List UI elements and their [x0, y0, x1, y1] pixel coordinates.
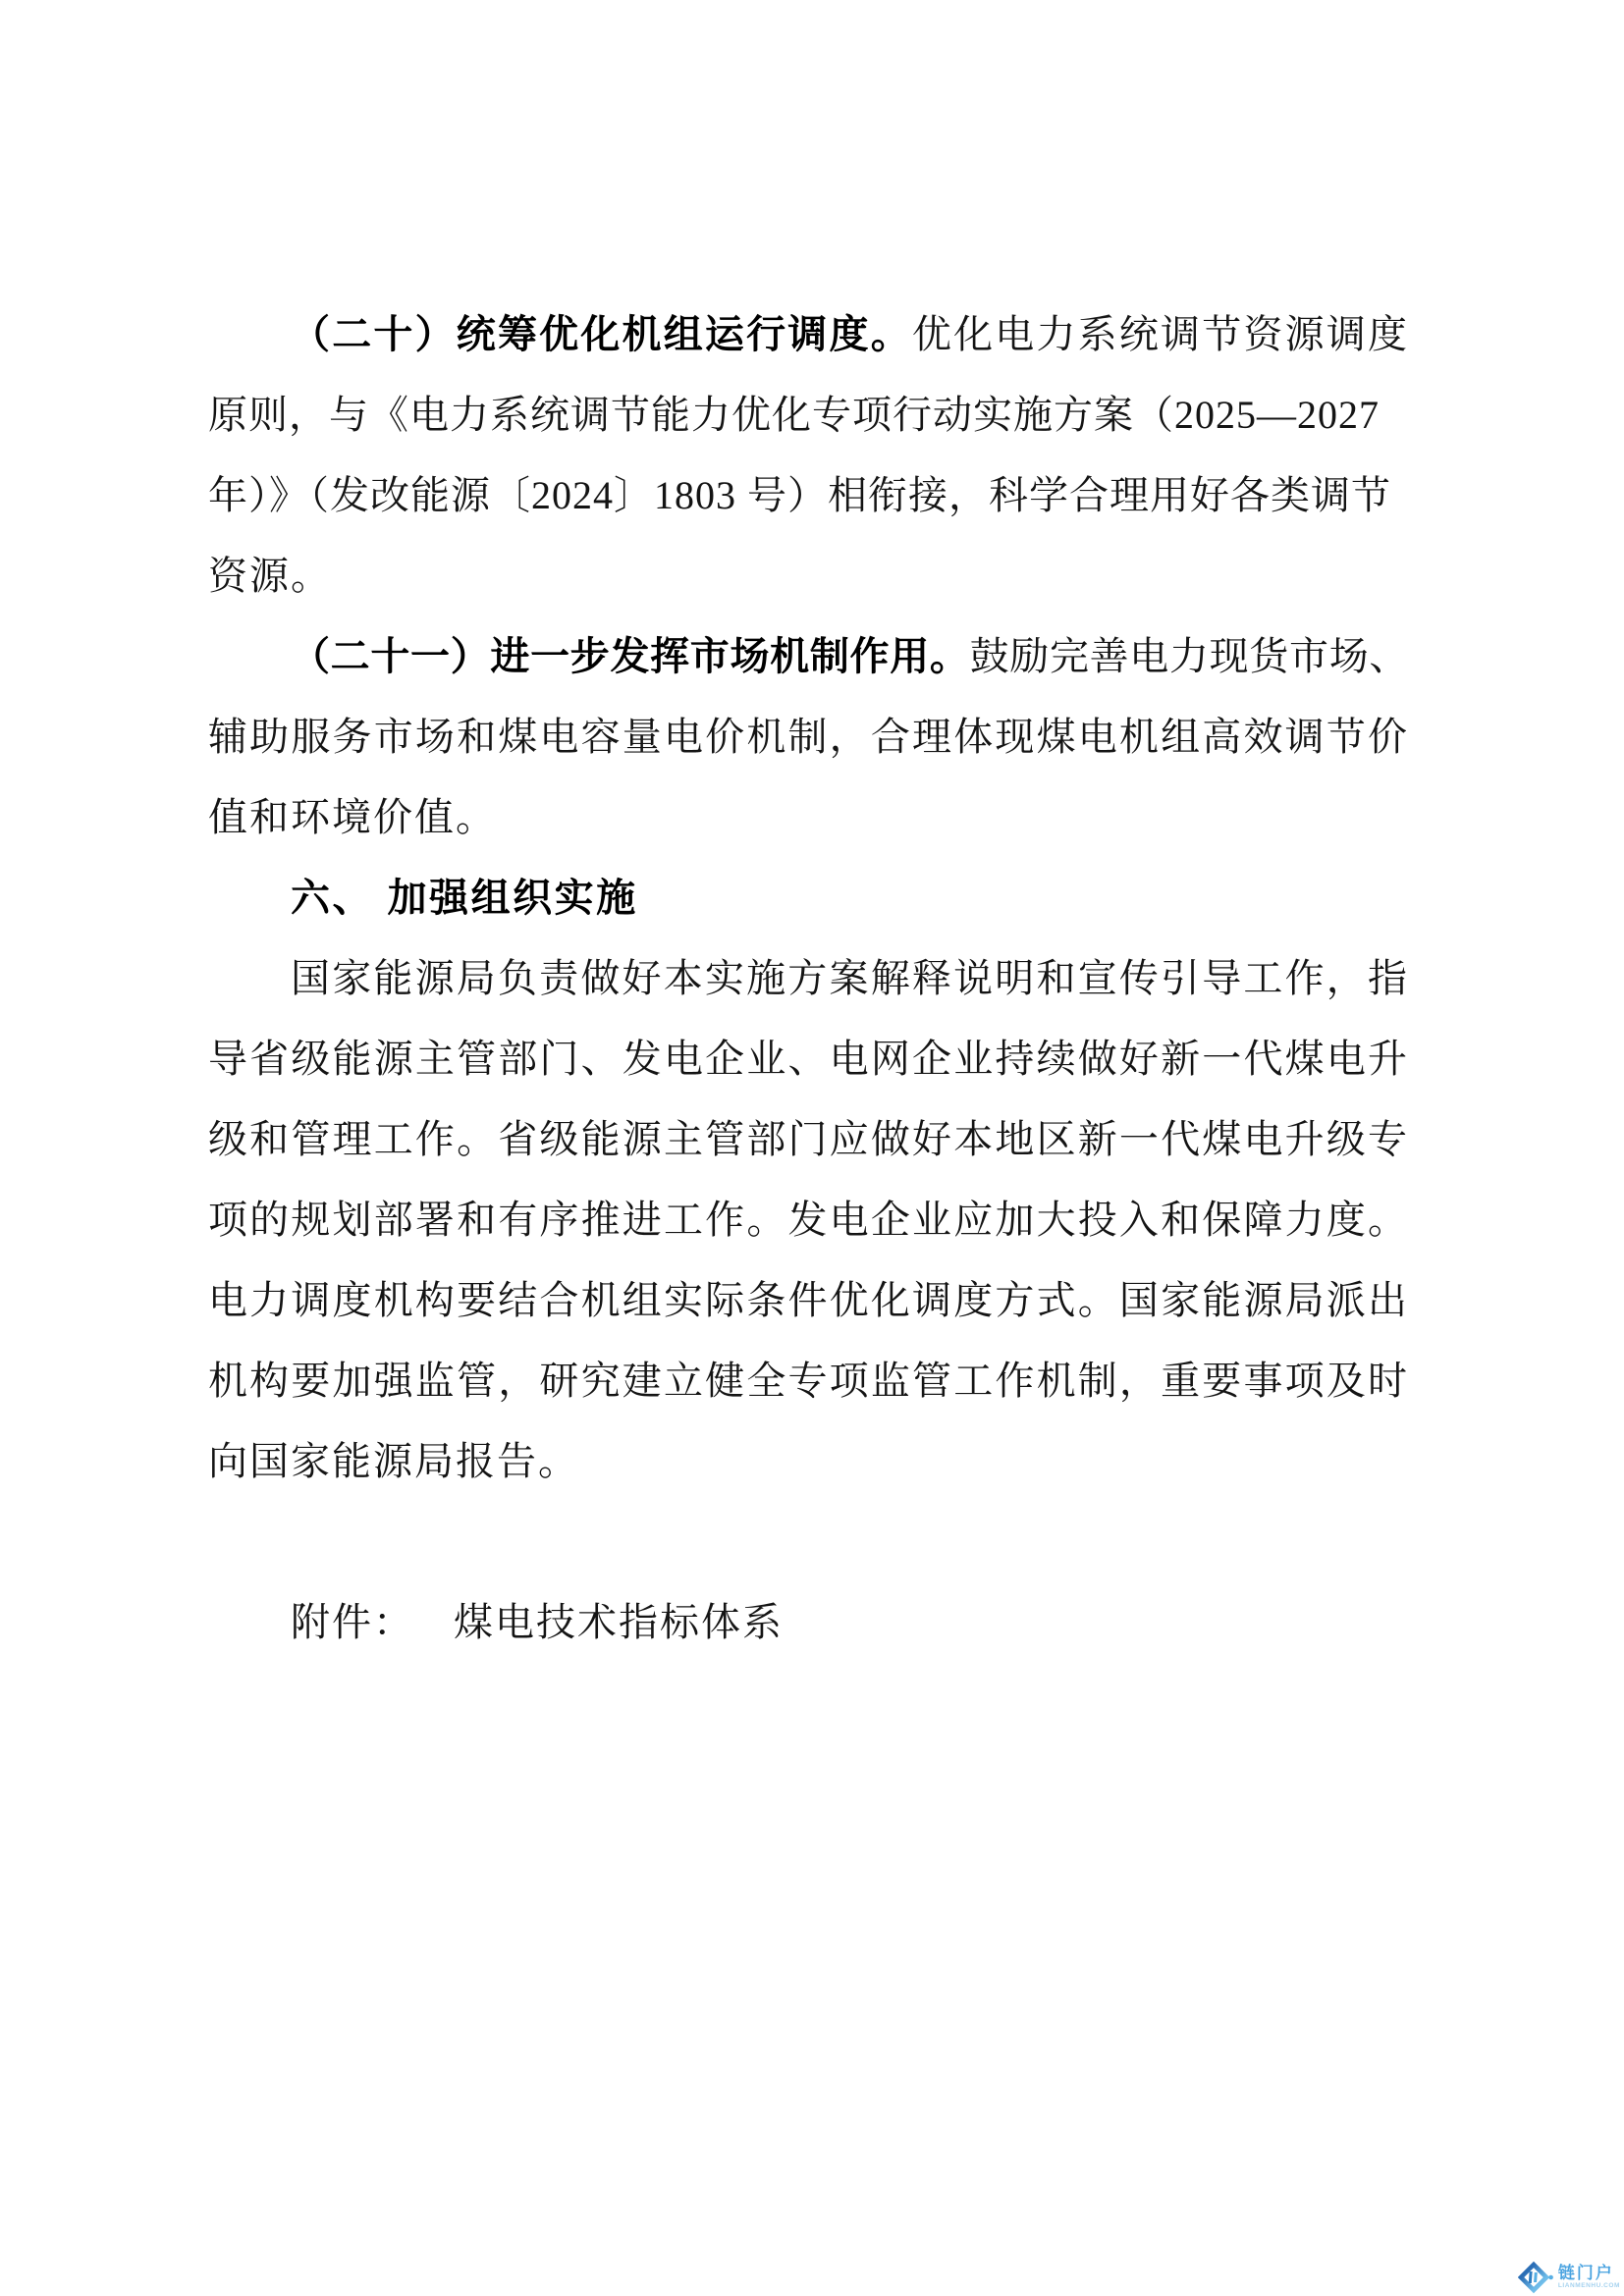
- section-heading-text: 六、 加强组织实施: [291, 877, 638, 920]
- text-line: 年）》（发改能源〔2024〕1803 号）相衔接，科学合理用好各类调节: [208, 455, 1409, 536]
- lianmenhu-watermark-text: 链门户 LIANMENHU.COM: [1558, 2265, 1620, 2290]
- text-line: 国家能源局负责做好本实施方案解释说明和宣传引导工作，指: [208, 938, 1409, 1019]
- attachment-label: 附件：: [291, 1600, 414, 1644]
- paragraph-text: 值和环境价值。: [208, 795, 497, 839]
- text-line: 机构要加强监管，研究建立健全专项监管工作机制，重要事项及时: [208, 1341, 1409, 1421]
- text-line: 辅助服务市场和煤电容量电价机制，合理体现煤电机组高效调节价: [208, 697, 1409, 777]
- blank-line: [208, 1502, 1409, 1582]
- section-heading: 六、 加强组织实施: [208, 858, 1409, 938]
- paragraph-text: 导省级能源主管部门、发电企业、电网企业持续做好新一代煤电升: [208, 1037, 1409, 1081]
- paragraph-text: 国家能源局负责做好本实施方案解释说明和宣传引导工作，指: [291, 956, 1409, 1000]
- text-line: 项的规划部署和有序推进工作。发电企业应加大投入和保障力度。: [208, 1180, 1409, 1260]
- paragraph-text: 向国家能源局报告。: [208, 1439, 579, 1483]
- document-page: （二十）统筹优化机组运行调度。优化电力系统调节资源调度 原则，与《电力系统调节能…: [0, 0, 1624, 2296]
- paragraph-text: 原则，与《电力系统调节能力优化专项行动实施方案（2025—2027: [208, 393, 1380, 437]
- paragraph-lead: （二十）统筹优化机组运行调度。: [291, 312, 912, 356]
- lianmenhu-logo-icon: [1518, 2261, 1554, 2294]
- text-line: 向国家能源局报告。: [208, 1421, 1409, 1502]
- text-line: （二十）统筹优化机组运行调度。优化电力系统调节资源调度: [208, 294, 1409, 375]
- attachment-title: 煤电技术指标体系: [454, 1600, 784, 1644]
- watermark-site: LIANMENHU.COM: [1558, 2283, 1620, 2290]
- paragraph-text: 资源。: [208, 554, 332, 598]
- paragraph-text: 年）》（发改能源〔2024〕1803 号）相衔接，科学合理用好各类调节: [208, 473, 1391, 517]
- paragraph-text: 优化电力系统调节资源调度: [912, 312, 1409, 356]
- attachment-line: 附件：煤电技术指标体系: [208, 1582, 1409, 1663]
- paragraph-text: 机构要加强监管，研究建立健全专项监管工作机制，重要事项及时: [208, 1359, 1409, 1403]
- text-line: 电力调度机构要结合机组实际条件优化调度方式。国家能源局派出: [208, 1260, 1409, 1341]
- text-line: 原则，与《电力系统调节能力优化专项行动实施方案（2025—2027: [208, 375, 1409, 455]
- paragraph-text: 级和管理工作。省级能源主管部门应做好本地区新一代煤电升级专: [208, 1117, 1409, 1161]
- text-line: 值和环境价值。: [208, 777, 1409, 858]
- paragraph-text: 电力调度机构要结合机组实际条件优化调度方式。国家能源局派出: [208, 1278, 1409, 1322]
- paragraph-text: 鼓励完善电力现货市场、: [970, 634, 1409, 678]
- paragraph-lead: （二十一）进一步发挥市场机制作用。: [291, 634, 970, 678]
- paragraph-text: 项的规划部署和有序推进工作。发电企业应加大投入和保障力度。: [208, 1198, 1409, 1242]
- text-line: 级和管理工作。省级能源主管部门应做好本地区新一代煤电升级专: [208, 1099, 1409, 1180]
- paragraph-text: 辅助服务市场和煤电容量电价机制，合理体现煤电机组高效调节价: [208, 715, 1409, 759]
- text-line: 导省级能源主管部门、发电企业、电网企业持续做好新一代煤电升: [208, 1019, 1409, 1099]
- text-line: （二十一）进一步发挥市场机制作用。鼓励完善电力现货市场、: [208, 616, 1409, 697]
- document-body: （二十）统筹优化机组运行调度。优化电力系统调节资源调度 原则，与《电力系统调节能…: [208, 294, 1409, 1663]
- text-line: 资源。: [208, 536, 1409, 616]
- lianmenhu-watermark: 链门户 LIANMENHU.COM: [1518, 2261, 1620, 2294]
- watermark-brand: 链门户: [1558, 2265, 1620, 2281]
